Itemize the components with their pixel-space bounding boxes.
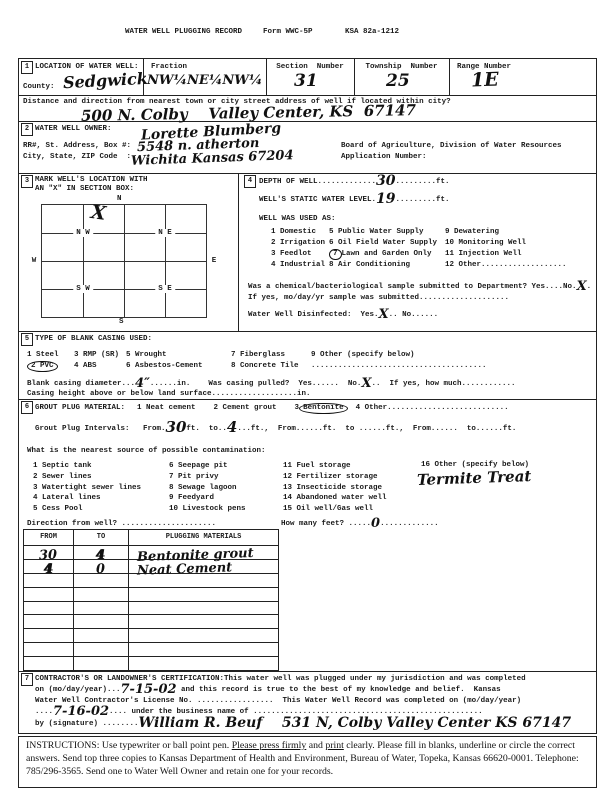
board-label-line1: Board of Agriculture, Division of Water … [341,142,562,151]
grout-option: 2 Cement grout [214,404,277,412]
section-7-number: 7 [21,673,33,686]
cell-to [74,615,129,628]
table-row [24,642,278,656]
section-3-title-line2: AN "X" IN SECTION BOX: [35,185,134,194]
cell-value: 4 [96,550,105,562]
cell-value: 30 [39,550,58,563]
grid-line [42,233,206,234]
form-number: Form WWC-5P [263,28,313,37]
sample-question-line: Was a chemical/bacteriological sample su… [248,283,591,292]
contamination-other-value: Termite Treat [417,467,532,489]
scanned-form-page: WATER WELL PLUGGING RECORD Form WWC-5P K… [0,0,613,792]
compass-s-label: S [119,318,124,327]
cell-to [74,657,129,670]
table-row [24,614,278,628]
disinfected-line: Water Well Disinfected: Yes.X.. No...... [248,311,438,320]
depth-label: DEPTH OF WELL............. [259,178,376,186]
circled-selection-bentonite: Bentonite [299,403,348,414]
instructions-text: INSTRUCTIONS: Use typewriter or ball poi… [26,740,232,751]
grout-material-line: GROUT PLUG MATERIAL:1 Neat cement2 Cemen… [35,404,509,413]
compass-w-label: W [29,257,40,265]
static-level-line: WELL'S STATIC WATER LEVEL.19.........ft. [259,196,450,205]
plugging-materials-table: FROM TO PLUGGING MATERIALS 304Bentonite … [23,529,279,671]
instructions-underlined: Please press firmly [232,740,307,751]
feet-tail: ............. [380,520,439,528]
disinfected-tail: .. No...... [389,311,439,319]
contamination-item: 2 Sewer lines [33,473,92,481]
casing-option: 4 ABS [74,362,126,371]
cell-from: 30 [24,546,74,559]
contamination-item: 15 Oil well/Gas well [283,505,373,513]
owner-address-label: RR#, St. Address, Box #: [23,142,131,151]
contamination-item: 4 Lateral lines [33,494,101,502]
table-header-to: TO [74,530,129,545]
county-value: Sedgwick [63,69,149,92]
depth-value: 30 [376,173,395,189]
cell-from: 4 [24,560,74,573]
use-row-1: 2 Irrigation6 Oil Field Water Supply10 M… [271,239,526,248]
owner-city-label: City, State, ZIP Code : [23,153,131,162]
grout-option: 4 Other........................... [356,404,509,412]
contamination-item: 7 Pit privy [169,473,219,481]
fraction-label: Fraction [151,63,187,72]
depth-tail: .........ft. [396,178,450,186]
direction-from-well-line: Direction from well? ...................… [27,520,216,529]
sample-tail: . [587,283,592,291]
use-option: 10 Monitoring Well [445,239,526,248]
contamination-item: 13 Insecticide storage [283,484,382,492]
depth-of-well-line: DEPTH OF WELL.............30.........ft. [259,178,450,187]
section-4-number: 4 [244,175,256,188]
intervals-label: Grout Plug Intervals: From. [35,425,166,433]
certification-line-5: by (signature) ........William R. Beuf 5… [35,720,571,729]
diameter-tail: ......in. Was casing pulled? Yes...... N… [150,380,362,388]
grout-title: GROUT PLUG MATERIAL: [35,404,125,412]
section-5-title: TYPE OF BLANK CASING USED: [35,335,152,344]
pulled-tail: .. If yes, how much............ [372,380,516,388]
section-6-number: 6 [21,401,33,414]
used-as-label: WELL WAS USED AS: [259,215,336,224]
cert-text: .... [35,708,53,716]
quadrant-se-label: S E [155,285,175,293]
cell-to [74,643,129,656]
contamination-title: What is the nearest source of possible c… [27,447,266,456]
use-option: 2 Irrigation [271,239,329,248]
certification-line-2: on (mo/day/year)...7-15-02 and this reco… [35,686,501,695]
cell-from [24,657,74,670]
feet-value: 0 [371,516,380,531]
table-header-row: FROM TO PLUGGING MATERIALS [24,530,278,545]
section-3-number: 3 [21,175,33,188]
static-level-tail: .........ft. [396,196,450,204]
cell-to: 4 [74,546,129,559]
section-5-number: 5 [21,333,33,346]
cell-material [129,629,278,642]
cert-text: and this record is true to the best of m… [177,686,501,694]
cell-from [24,629,74,642]
diameter-value: 4″ [135,376,150,391]
county-label: County: [23,83,55,92]
divider [238,173,239,331]
how-many-feet-line: How many feet? .....0............. [281,520,439,529]
contamination-item: 14 Abandoned water well [283,494,387,502]
cell-value: 0 [96,564,105,576]
grid-line [42,261,206,262]
certification-line-1: CONTRACTOR'S OR LANDOWNER'S CERTIFICATIO… [35,675,526,684]
use-option: 6 Oil Field Water Supply [329,239,445,248]
section-location-grid: N W N E S W S E W E X [41,204,207,318]
grout-intervals-line: Grout Plug Intervals: From.30ft. to..4..… [35,425,516,434]
contamination-item: 1 Septic tank [33,462,92,470]
cell-from [24,588,74,601]
table-row: 304Bentonite grout [24,545,278,559]
cell-material [129,588,278,601]
contamination-item: 11 Fuel storage [283,462,351,470]
casing-option: 7 Fiberglass [231,351,311,360]
cell-from [24,602,74,615]
section-2-number: 2 [21,123,33,136]
use-row-0: 1 Domestic5 Public Water Supply9 Dewater… [271,228,499,237]
divider [449,59,450,95]
signature-label: by (signature) ........ [35,720,139,728]
divider [19,331,596,332]
casing-height-line: Casing height above or below land surfac… [27,390,311,399]
compass-n-label: N [117,195,122,204]
quadrant-nw-label: N W [73,229,93,237]
cell-to [74,629,129,642]
section-number-value: 31 [294,71,318,91]
use-row-2: 3 Feedlot7Lawn and Garden Only11 Injecti… [271,250,522,259]
casing-option: 8 Concrete Tile [231,362,311,371]
casing-other-dots: ....................................... [311,362,487,371]
grid-line [42,289,206,290]
use-option: 11 Injection Well [445,250,522,259]
table-row [24,628,278,642]
sample-date-line: If yes, mo/day/yr sample was submitted..… [248,294,509,303]
divider [19,95,596,96]
application-number-label: Application Number: [341,153,427,162]
table-header-from: FROM [24,530,74,545]
instructions-text: and [306,740,325,751]
record-date-value: 7-16-02 [53,704,109,719]
cell-material [129,643,278,656]
form-body: 1 LOCATION OF WATER WELL: County: Sedgwi… [18,58,597,734]
cell-to [74,602,129,615]
fraction-value: NW¼NE¼NW¼ [147,73,262,88]
contamination-item: 3 Watertight sewer lines [33,484,141,492]
table-header-materials: PLUGGING MATERIALS [129,530,278,545]
casing-option: 1 Steel [27,351,74,360]
cell-material: Bentonite grout [129,546,278,559]
use-option: 3 Feedlot [271,250,329,259]
cell-material [129,602,278,615]
contamination-item: 9 Feedyard [169,494,214,502]
use-option: 4 Industrial [271,261,329,270]
casing-option-pvc: 2 PVC [27,362,74,371]
quadrant-sw-label: S W [73,285,93,293]
form-title: WATER WELL PLUGGING RECORD [125,28,242,37]
compass-e-label: E [209,257,220,265]
cell-material [129,657,278,670]
contamination-item: 6 Seepage pit [169,462,228,470]
static-level-value: 19 [376,191,395,207]
disinfected-label: Water Well Disinfected: Yes. [248,311,379,319]
use-option: 5 Public Water Supply [329,228,445,237]
casing-option: 6 Asbestos-Cement [126,362,231,371]
cell-to [74,588,129,601]
range-number-value: 1E [471,69,499,92]
cell-to: 0 [74,560,129,573]
completed-date-value: 7-15-02 [121,682,177,697]
section-2-title: WATER WELL OWNER: [35,125,112,134]
contamination-item: 12 Fertilizer storage [283,473,378,481]
well-location-x-mark: X [90,201,108,225]
circled-selection-pvc: 2 PVC [27,361,58,372]
instructions-box: INSTRUCTIONS: Use typewriter or ball poi… [18,736,597,788]
contamination-item: 8 Sewage lagoon [169,484,237,492]
section-1-number: 1 [21,61,33,74]
sample-question: Was a chemical/bacteriological sample su… [248,283,577,291]
cell-from [24,615,74,628]
form-statute: KSA 82a-1212 [345,28,399,37]
circled-selection-7: 7 [329,249,342,260]
section-3-title-line1: MARK WELL'S LOCATION WITH [35,176,148,185]
casing-option: 5 Wrought [126,351,231,360]
township-number-value: 25 [386,71,410,91]
casing-option: 3 RMP (SR) [74,351,126,360]
divider [19,173,596,174]
grout-option: 1 Neat cement [137,404,196,412]
contamination-item: 5 Cess Pool [33,505,83,513]
casing-diameter-line: Blank casing diameter...4″......in. Was … [27,380,516,389]
static-level-label: WELL'S STATIC WATER LEVEL. [259,196,376,204]
table-row [24,601,278,615]
casing-pulled-no-x-mark: X [361,376,371,391]
contamination-item: 10 Livestock pens [169,505,246,513]
divider [19,671,596,672]
disinfected-yes-x-mark: X [379,307,389,322]
interval-to-value: 4 [227,418,237,436]
quadrant-ne-label: N E [155,229,175,237]
cell-material [129,615,278,628]
casing-option: 9 Other (specify below) [311,351,415,360]
instructions-underlined: print [325,740,344,751]
signature-value: William R. Beuf 531 N, Colby Valley Cent… [139,715,572,731]
feet-label: How many feet? ..... [281,520,371,528]
table-row [24,656,278,670]
contamination-col-1: 1 Septic tank2 Sewer lines3 Watertight s… [33,461,141,515]
cell-value: 4 [44,564,53,576]
intervals-tail: ...ft., From......ft. to ......ft., From… [237,425,516,433]
use-option-lawn-garden: 7Lawn and Garden Only [329,250,445,259]
use-option: 9 Dewatering [445,228,499,237]
table-row [24,587,278,601]
diameter-label: Blank casing diameter... [27,380,135,388]
use-option-label: Lawn and Garden Only [342,250,432,258]
contamination-col-2: 6 Seepage pit7 Pit privy8 Sewage lagoon9… [169,461,246,515]
sample-no-x-mark: X [577,279,587,294]
casing-row-1: 1 Steel3 RMP (SR)5 Wrought7 Fiberglass9 … [27,351,415,360]
cert-text: on (mo/day/year)... [35,686,121,694]
cell-from [24,643,74,656]
use-row-3: 4 Industrial8 Air Conditioning12 Other..… [271,261,567,270]
use-option: 12 Other................... [445,261,567,270]
contamination-col-3: 11 Fuel storage12 Fertilizer storage13 I… [283,461,387,515]
use-option: 8 Air Conditioning [329,261,445,270]
use-option: 1 Domestic [271,228,329,237]
interval-from-value: 30 [166,418,187,436]
cell-value: Neat Cement [137,562,233,577]
casing-row-2: 2 PVC4 ABS6 Asbestos-Cement8 Concrete Ti… [27,362,487,371]
intervals-mid: ft. to.. [186,425,227,433]
